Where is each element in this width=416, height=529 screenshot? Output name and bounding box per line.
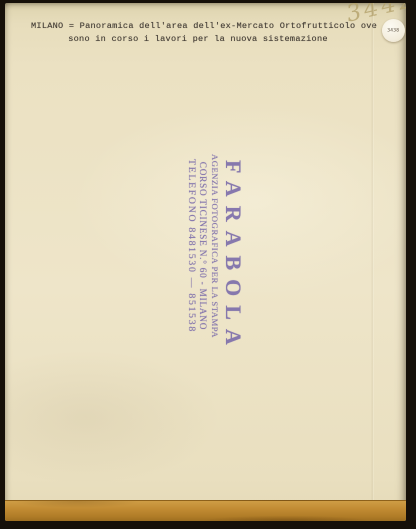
stamp-agency-name: FARABOLA [221,151,246,341]
stamp-agency-description: AGENZIA FOTOGRAFICA PER LA STAMPA [209,151,221,341]
paper-crease [371,3,374,521]
caption-line-2: sono in corso i lavori per la nuova sist… [31,33,365,46]
aged-tape-strip [5,500,406,521]
caption-line-1: MILANO = Panoramica dell'area dell'ex-Me… [31,20,365,33]
scanned-photo-back: { "photo_back": { "caption": { "line1": … [0,0,416,529]
sticker-number: 3438 [388,28,400,33]
typewritten-caption: MILANO = Panoramica dell'area dell'ex-Me… [31,20,365,45]
stamp-address: CORSO TICINESE N.° 60 - MILANO [197,151,209,341]
stamp-telephone: TELEFONO 8481530 — 851538 [185,151,197,341]
farabola-agency-stamp: FARABOLA AGENZIA FOTOGRAFICA PER LA STAM… [182,151,246,341]
round-inventory-sticker: 3438 [382,19,405,42]
photo-verso-paper: MILANO = Panoramica dell'area dell'ex-Me… [5,3,406,521]
